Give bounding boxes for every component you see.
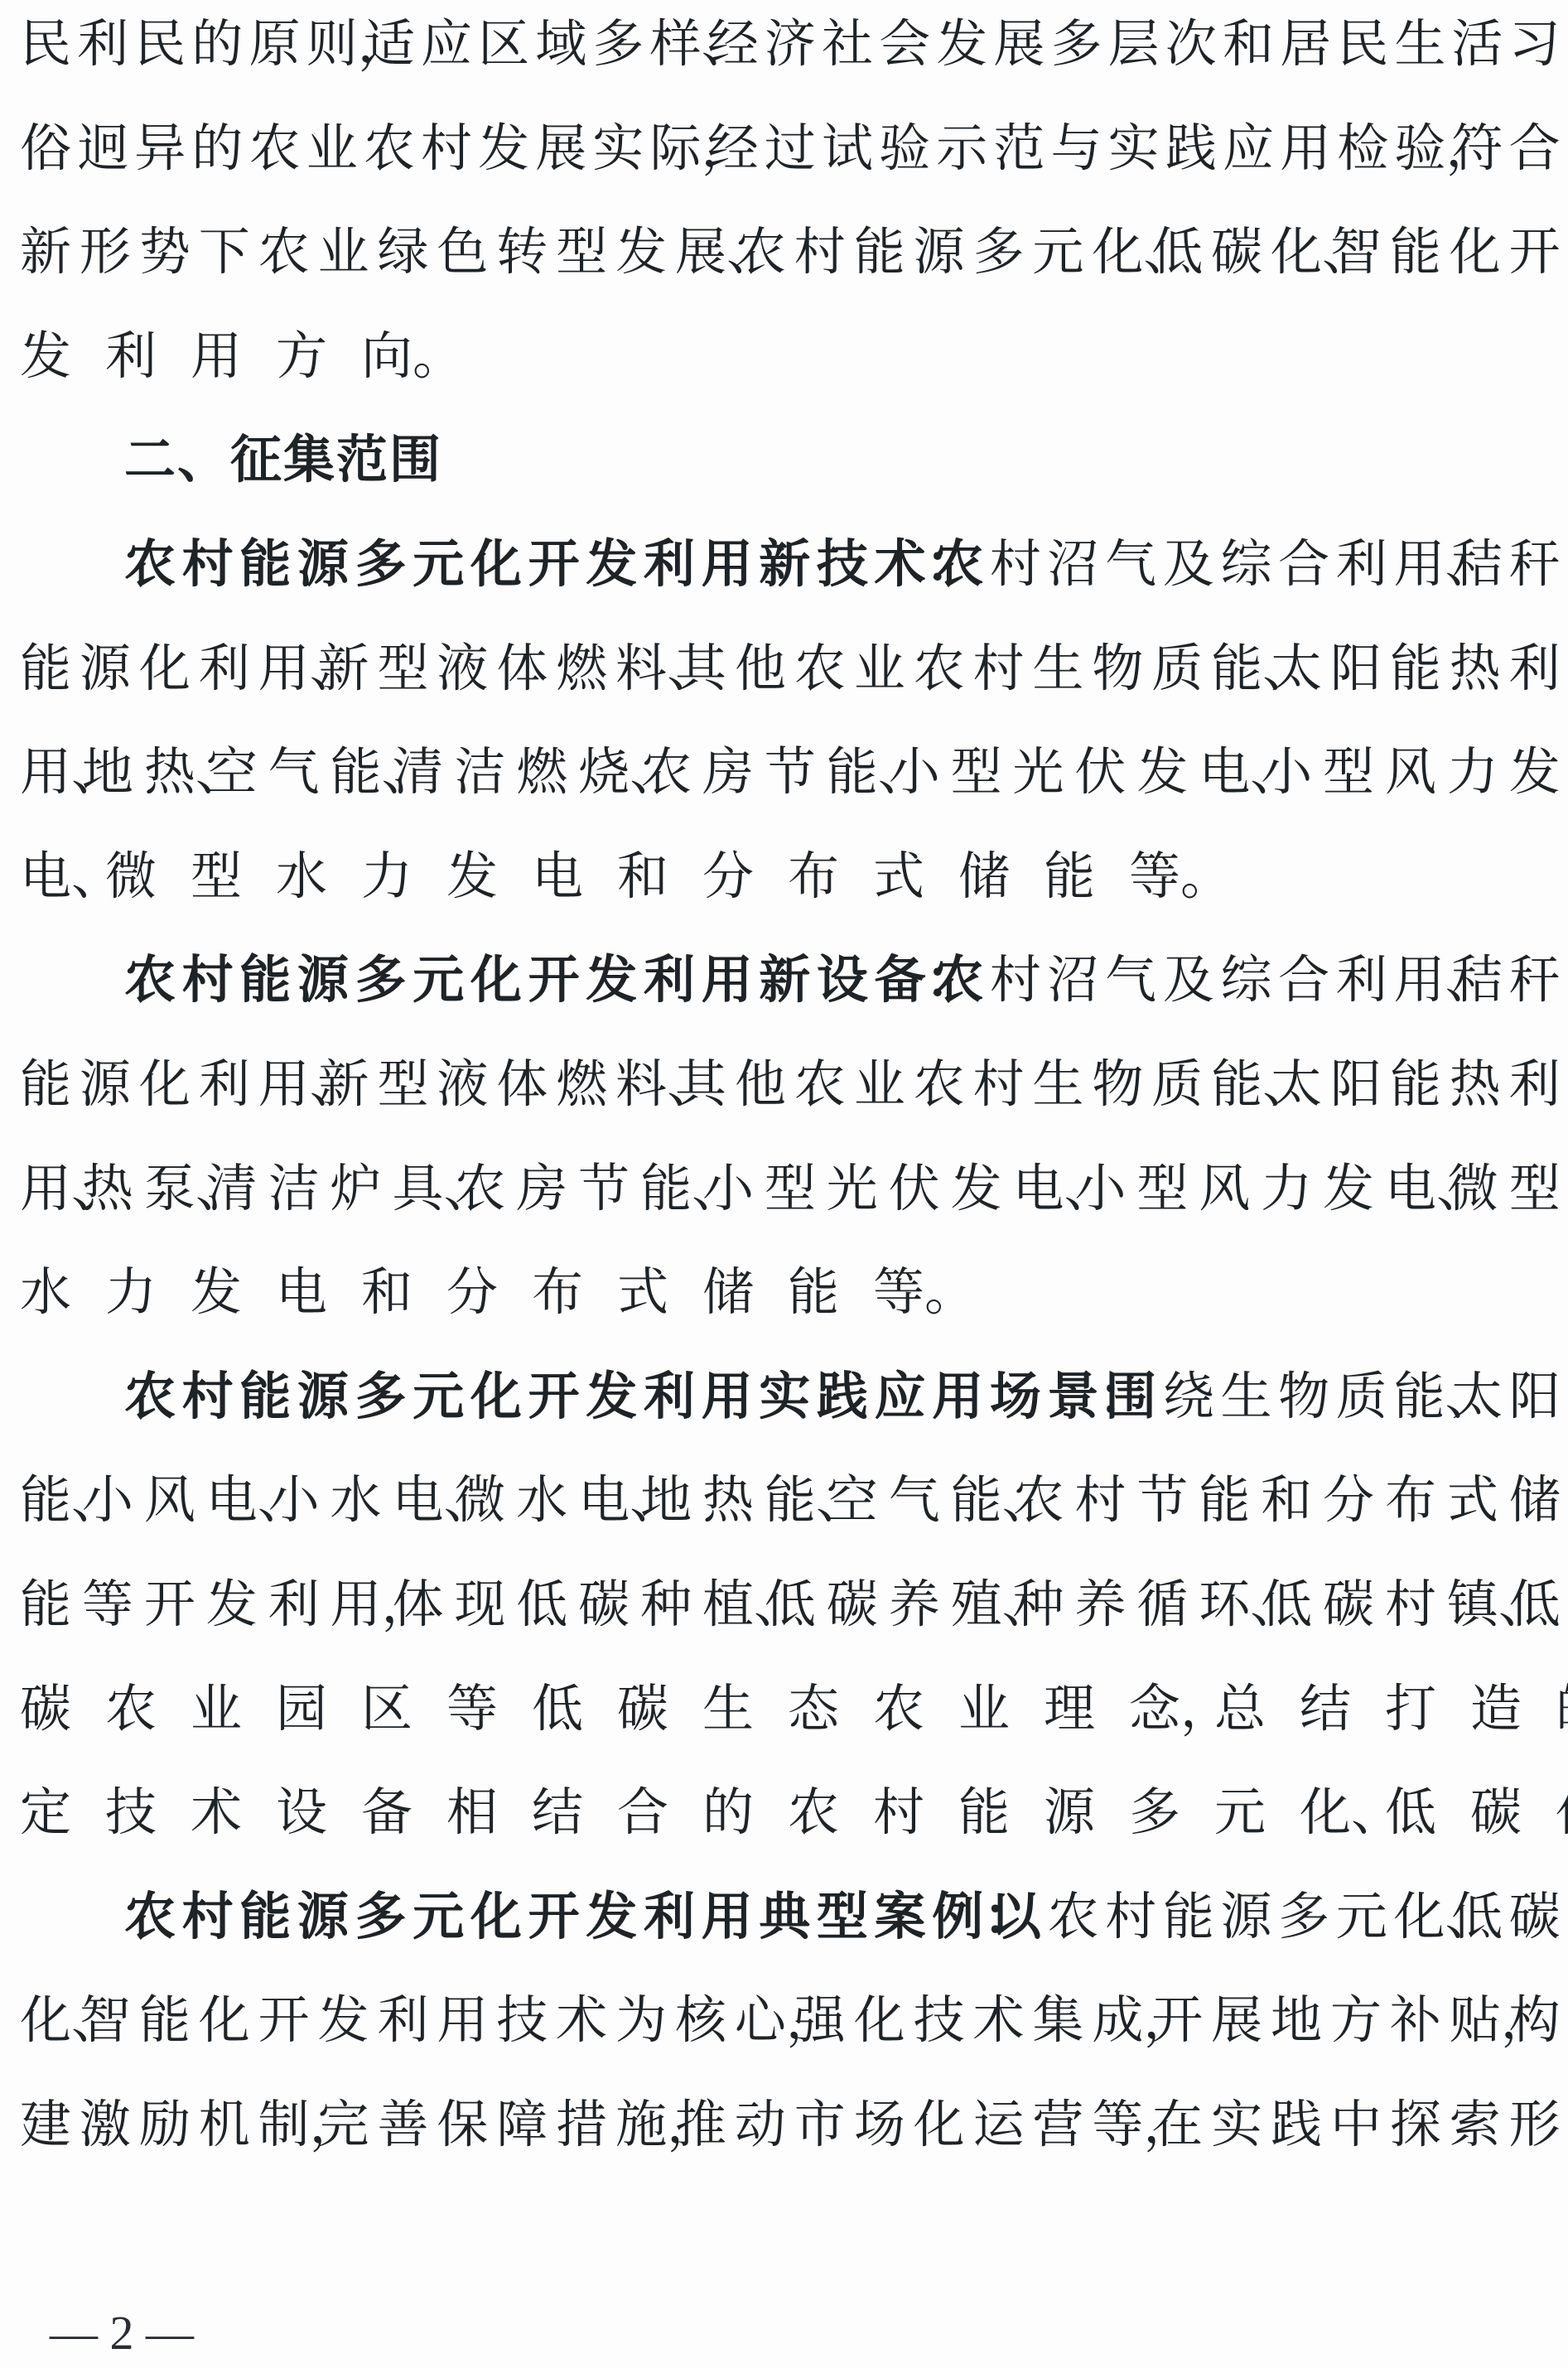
paragraph-line: 碳农业园区等低碳生态农业理念，总结打造的特定应用环境与特 bbox=[20, 1671, 1561, 1746]
paragraph-line: 新形势下农业绿色转型发展、农村能源多元化、低碳化、智能化开 bbox=[20, 215, 1561, 289]
paragraph-line: 能等开发利用，体现低碳种植、低碳养殖、种养循环、低碳村镇、低 bbox=[20, 1567, 1561, 1642]
paragraph-first-line: 农村能源多元化开发利用实践应用场景：围绕生物质能、太阳 bbox=[124, 1359, 1561, 1434]
document-page: 民利民的原则，适应区域多样、经济社会发展多层次和居民生活习俗迥异的农业农村发展实… bbox=[0, 0, 1568, 2368]
paragraph-line: 民利民的原则，适应区域多样、经济社会发展多层次和居民生活习 bbox=[20, 7, 1561, 81]
paragraph-line: 能、小风电、小水电、微水电、地热能、空气能、农村节能和分布式储 bbox=[20, 1463, 1561, 1537]
paragraph-line: 建激励机制，完善保障措施，推动市场化运营等，在实践中探索形 bbox=[20, 2087, 1561, 2162]
paragraph-first-line: 农村能源多元化开发利用典型案例：以农村能源多元化、低碳 bbox=[124, 1879, 1561, 1954]
paragraph-line: 发利用方向。 bbox=[20, 319, 1561, 393]
paragraph-line: 化、智能化开发利用技术为核心，强化技术集成，开展地方补贴，构 bbox=[20, 1983, 1561, 2057]
paragraph-line: 俗迥异的农业农村发展实际，经过试验示范与实践应用检验，符合 bbox=[20, 111, 1561, 186]
paragraph-line: 能源化利用、新型液体燃料、其他农业农村生物质能、太阳能热利 bbox=[20, 1047, 1561, 1121]
page-number: — 2 — bbox=[50, 2304, 194, 2362]
paragraph-first-line: 农村能源多元化开发利用新设备：农村沼气及综合利用、秸秆 bbox=[124, 943, 1561, 1017]
paragraph-line: 水力发电和分布式储能等。 bbox=[20, 1255, 1561, 1329]
paragraph-first-line: 农村能源多元化开发利用新技术：农村沼气及综合利用、秸秆 bbox=[124, 527, 1561, 601]
paragraph-line: 定技术设备相结合的农村能源多元化、低碳化实践应用场景。 bbox=[20, 1775, 1561, 1850]
paragraph-line: 能源化利用、新型液体燃料、其他农业农村生物质能、太阳能热利 bbox=[20, 631, 1561, 706]
paragraph-line: 用、地热、空气能、清洁燃烧、农房节能、小型光伏发电、小型风力发 bbox=[20, 735, 1561, 809]
paragraph-line: 电、微型水力发电和分布式储能等。 bbox=[20, 839, 1561, 914]
paragraph-line: 用、热泵、清洁炉具、农房节能、小型光伏发电、小型风力发电、微型 bbox=[20, 1151, 1561, 1226]
section-heading: 二、征集范围 bbox=[124, 422, 442, 497]
